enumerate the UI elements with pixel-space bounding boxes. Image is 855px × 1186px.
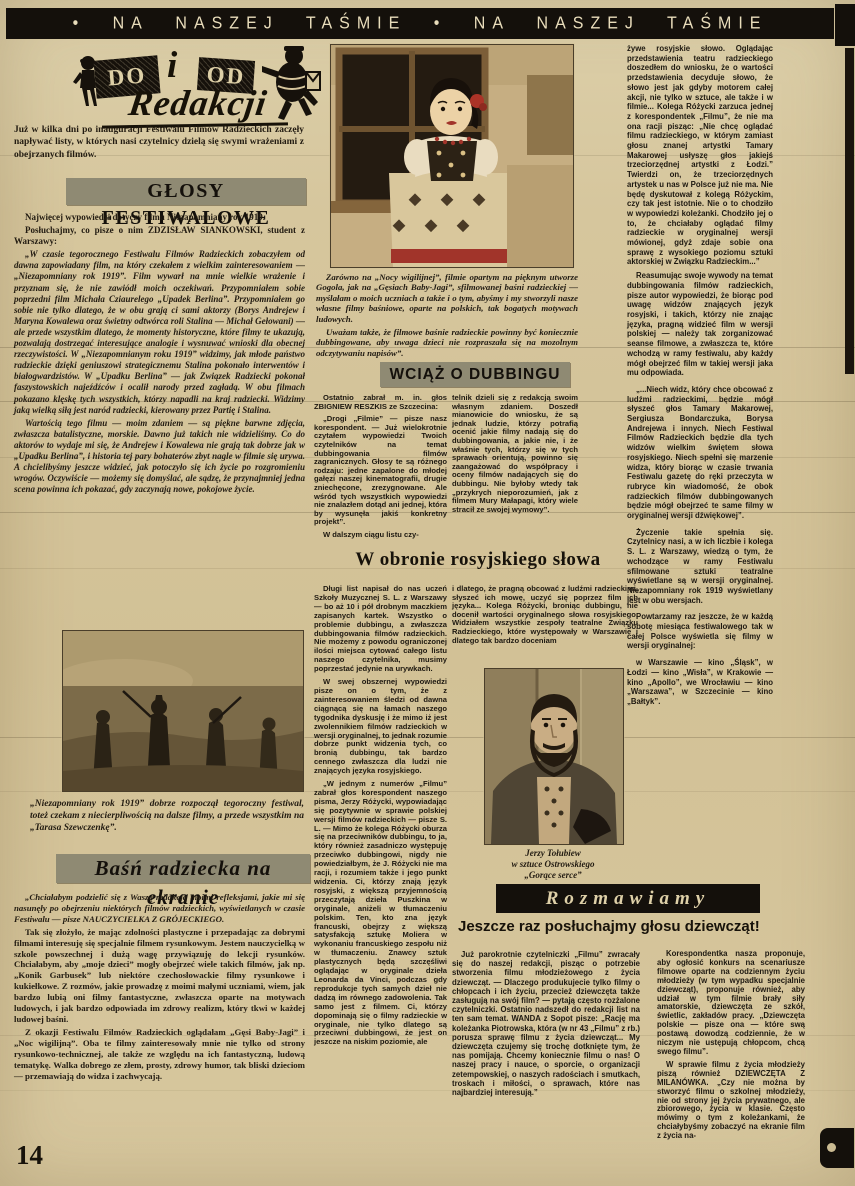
paragraph: Ostatnio zabrał m. in. głos ZBIGNIEW RES…	[314, 394, 447, 411]
paragraph: „W jednym z numerów „Filmu” zabrał głos …	[314, 780, 447, 1047]
magazine-page: • NA NASZEJ TAŚMIE • NA NASZEJ TAŚMIE DO…	[0, 0, 855, 1186]
paragraph: Korespondentka nasza proponuje, aby ogło…	[657, 950, 805, 1057]
paragraph: Uważam także, że filmowe baśnie radzieck…	[316, 327, 578, 358]
paragraph: Posłuchajmy, co pisze o nim ZDZISŁAW SIA…	[14, 225, 305, 247]
page-edge-corner-block	[835, 4, 855, 46]
teacher-letter-continuation: Zarówno na „Nocy wigilijnej”, filmie opa…	[316, 272, 578, 358]
paragraph: Powtarzamy raz jeszcze, że w każdą sobot…	[627, 612, 773, 651]
paragraph: Najwięcej wypowiedzi dotyczy filmu Nieza…	[14, 212, 305, 223]
glosy-article-body: Najwięcej wypowiedzi dotyczy filmu Nieza…	[14, 212, 305, 497]
letters-column-masthead: DO i OD Redakcji	[76, 46, 322, 126]
paragraph: żywe rosyjskie słowo. Oglądając przedsta…	[627, 44, 773, 267]
obronie-column-left: Długi list napisał do nas uczeń Szkoły M…	[314, 585, 447, 1051]
basn-article-body: „Chciałabym podzielić się z Waszą redakc…	[14, 892, 305, 1083]
intro-paragraph: Już w kilka dni po inauguracji Festiwalu…	[14, 124, 304, 161]
rozmawiamy-column-1: Już parokrotnie czytelniczki „Filmu” zwr…	[452, 950, 640, 1101]
paragraph: Tak się złożyło, że mając zdolności plas…	[14, 927, 305, 1025]
headline-rozmawiamy: Rozmawiamy	[496, 884, 760, 913]
right-column-letter: żywe rosyjskie słowo. Oglądając przedsta…	[627, 44, 773, 711]
caption-line: „Gorące serce”	[468, 870, 638, 881]
paragraph: Zarówno na „Nocy wigilijnej”, filmie opa…	[316, 272, 578, 324]
paragraph: Długi list napisał do nas uczeń Szkoły M…	[314, 585, 447, 674]
illustration-noc-wigilijna	[330, 44, 574, 268]
headline-glosy-festiwalowe: GŁOSY FESTIWALOWE	[66, 178, 306, 205]
dubbing-column-right: telnik dzieli się z redakcją swoim własn…	[452, 394, 578, 518]
photo-niezapomniany-rok-1919	[62, 630, 304, 792]
paragraph: „...Niech widz, który chce obcować z lud…	[627, 385, 773, 521]
headline-basn-radziecka: Baśń radziecka na ekranie	[56, 854, 310, 883]
photo2-caption: Jerzy Tołubiew w sztuce Ostrowskiego „Go…	[468, 848, 638, 881]
paragraph: w Warszawie — kino „Śląsk”, w Łodzi — ki…	[627, 658, 773, 707]
paragraph: W swej obszernej wypowiedzi pisze on o t…	[314, 678, 447, 776]
page-header-banner: • NA NASZEJ TAŚMIE • NA NASZEJ TAŚMIE	[6, 8, 834, 39]
masthead-script-title: Redakcji	[95, 82, 301, 124]
page-edge-bar	[845, 48, 854, 374]
paragraph: Życzenie takie spełnia się. Czytelnicy n…	[627, 528, 773, 606]
photo1-caption: „Niezapomniany rok 1919” dobrze rozpoczą…	[30, 798, 304, 834]
paragraph: W sprawie filmu z życia młodzieży piszą …	[657, 1061, 805, 1141]
paragraph: telnik dzieli się z redakcją swoim własn…	[452, 394, 578, 514]
paragraph: i dlatego, że pragną obcować z ludźmi ra…	[452, 585, 638, 645]
banner-title: • NA NASZEJ TAŚMIE • NA NASZEJ TAŚMIE	[73, 13, 768, 33]
paragraph: Z okazji Festiwalu Filmów Radzieckich og…	[14, 1027, 305, 1082]
headline-wciaz-o-dubbingu: WCIĄŻ O DUBBINGU	[380, 362, 570, 387]
photo-jerzy-tolubiew	[484, 668, 624, 845]
subheadline-dziewczeta: Jeszcze raz posłuchajmy głosu dziewcząt!	[458, 918, 772, 935]
obronie-column-mid: i dlatego, że pragną obcować z ludźmi ra…	[452, 585, 638, 649]
paragraph: „Drogi „Filmie” — pisze nasz koresponden…	[314, 415, 447, 527]
page-edge-mark	[820, 1128, 854, 1168]
rozmawiamy-column-2: Korespondentka nasza proponuje, aby ogło…	[657, 950, 805, 1145]
caption-line: w sztuce Ostrowskiego	[468, 859, 638, 870]
paragraph: Wartością tego filmu — moim zdaniem — są…	[14, 418, 305, 496]
paragraph: W dalszym ciągu listu czy-	[314, 531, 447, 540]
page-number: 14	[16, 1140, 43, 1171]
paragraph: Reasumując swoje wywody na temat dubbing…	[627, 271, 773, 378]
paragraph: „W czasie tegorocznego Festiwalu Filmów …	[14, 249, 305, 415]
caption-line: Jerzy Tołubiew	[468, 848, 638, 859]
paragraph: „Chciałabym podzielić się z Waszą redakc…	[14, 892, 305, 925]
masthead-connector: i	[167, 44, 177, 87]
paragraph: Już parokrotnie czytelniczki „Filmu” zwr…	[452, 950, 640, 1097]
dubbing-column-left: Ostatnio zabrał m. in. głos ZBIGNIEW RES…	[314, 394, 447, 544]
headline-w-obronie: W obronie rosyjskiego słowa	[328, 549, 628, 571]
